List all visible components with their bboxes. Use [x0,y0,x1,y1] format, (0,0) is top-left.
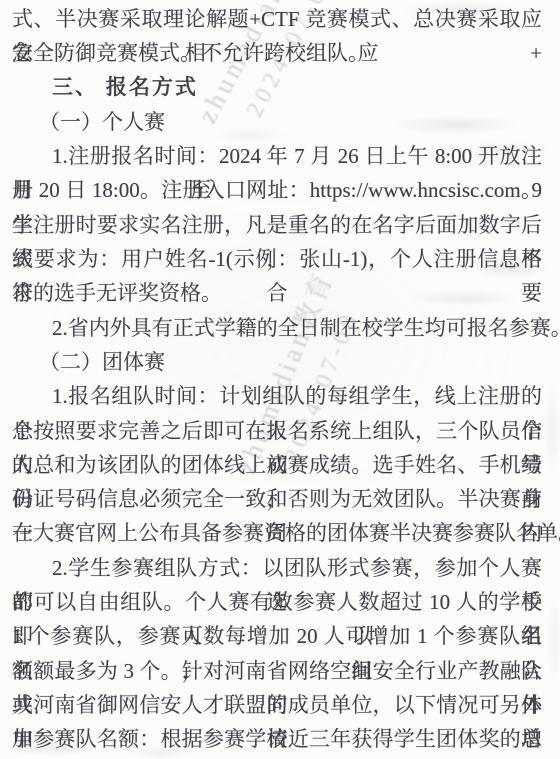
document-page: zhumadian教育 2024-07-08 zhumadian教育 2024-… [0,0,560,759]
text-line: 式、半决赛采取理论解题+CTF 竞赛模式、总决赛采取应急相应+ [12,2,542,36]
text-line: （二）团体赛 [12,345,542,379]
document-body: 式、半决赛采取理论解题+CTF 竞赛模式、总决赛采取应急相应+安全防御竞赛模式。… [12,2,542,757]
text-line: 名额最多为 3 个。针对河南省网络空间安全行业产教融合共同体 [12,654,542,688]
text-line: 生注册时要求实名注册，凡是重名的在名字后面加数字后缀，格 [12,208,542,242]
text-line: 2.省内外具有正式学籍的全日制在校学生均可报名参赛。 [12,311,542,345]
text-line: 式要求为：用户姓名-1(示例：张山-1)，个人注册信息不符合要 [12,242,542,276]
text-line: 份证号码信息必须完全一致，否则为无效团队。半决赛前一周内 [12,482,542,516]
section-heading: 三、 报名方式 [12,71,542,105]
text-line: 月 20 日 18:00。注册入口网址：https://www.hncsisc.… [12,173,542,207]
text-line: 在大赛官网上公布具备参赛资格的团体赛半决赛参赛队名单。 [12,516,542,550]
text-line: 1.报名组队时间：计划组队的每组学生，线上注册的个人信 [12,379,542,413]
text-line: 加参赛队名额：根据参赛学校近三年获得学生团体奖的总积分数 [12,722,542,756]
text-line: 都可以自由组队。个人赛有效参赛人数超过 10 人的学校即可以组 [12,585,542,619]
text-line: 息按照要求完善之后即可在报名系统上组队，三个队员个人成绩 [12,414,542,448]
text-line: 的总和为该团队的团体线上初赛成绩。选手姓名、手机号码和身 [12,448,542,482]
text-line: 1.注册报名时间：2024 年 7 月 26 日上午 8:00 开放注册至 9 [12,139,542,173]
text-line: （一）个人赛 [12,105,542,139]
text-line: 2.学生参赛组队方式：以团队形式参赛，参加个人赛的选手 [12,551,542,585]
text-line: 1 个参赛队，参赛人数每增加 20 人可增加 1 个参赛队名额，组队 [12,619,542,653]
text-line: 或河南省御网信安人才联盟的成员单位，以下情况可另外申请增 [12,688,542,722]
